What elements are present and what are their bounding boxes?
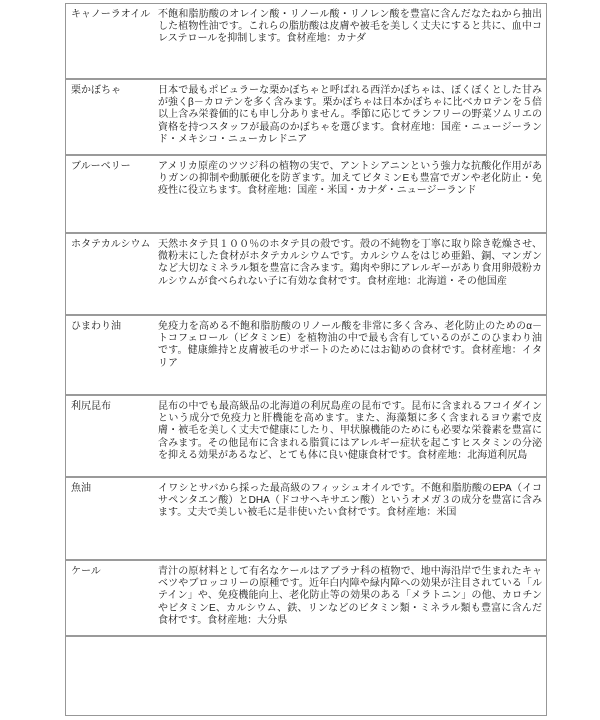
ingredient-name: 魚油 <box>66 478 158 559</box>
ingredient-name: ブルーベリー <box>66 156 158 232</box>
ingredient-description: 日本で最もポピュラーな栗かぼちゃと呼ばれる西洋かぼちゃは、ぼくぼくとした甘みが強… <box>158 80 546 154</box>
table-row: ケール 青汁の原材料として有名なケールはアブラナ科の植物で、地中海沿岸で生まれた… <box>66 559 546 635</box>
ingredient-name: ひまわり油 <box>66 316 158 394</box>
ingredient-description: イワシとサバから採った最高級のフィッシュオイルです。不飽和脂肪酸のEPA（イコサ… <box>158 478 546 559</box>
ingredients-table: キャノーラオイル 不飽和脂肪酸のオレイン酸・リノール酸・リノレン酸を豊富に含んだ… <box>65 3 547 716</box>
ingredient-description <box>158 637 546 715</box>
ingredient-description: 不飽和脂肪酸のオレイン酸・リノール酸・リノレン酸を豊富に含んだなたねから抽出した… <box>158 4 546 78</box>
ingredient-name: ケール <box>66 561 158 635</box>
ingredient-name: キャノーラオイル <box>66 4 158 78</box>
ingredient-description: 昆布の中でも最高級品の北海道の利尻島産の昆布です。昆布に含まれるフコイダインとい… <box>158 396 546 476</box>
ingredient-name: 利尻昆布 <box>66 396 158 476</box>
table-row: ブルーベリー アメリカ原産のツツジ科の植物の実で、アントシアニンという強力な抗酸… <box>66 154 546 232</box>
ingredient-description: 免疫力を高める不飽和脂肪酸のリノール酸を非常に多く含み、老化防止のためのα－トコ… <box>158 316 546 394</box>
table-row: 魚油 イワシとサバから採った最高級のフィッシュオイルです。不飽和脂肪酸のEPA（… <box>66 476 546 559</box>
ingredient-description: 青汁の原材料として有名なケールはアブラナ科の植物で、地中海沿岸で生まれたキャベツ… <box>158 561 546 635</box>
ingredient-description: 天然ホタテ貝１００％のホタテ貝の殻です。殻の不純物を丁寧に取り除き乾燥させ、微粉… <box>158 234 546 314</box>
table-row: ホタテカルシウム 天然ホタテ貝１００％のホタテ貝の殻です。殻の不純物を丁寧に取り… <box>66 232 546 314</box>
ingredient-name <box>66 637 158 715</box>
table-row: 栗かぼちゃ 日本で最もポピュラーな栗かぼちゃと呼ばれる西洋かぼちゃは、ぼくぼくと… <box>66 78 546 154</box>
ingredient-name: 栗かぼちゃ <box>66 80 158 154</box>
table-row: ひまわり油 免疫力を高める不飽和脂肪酸のリノール酸を非常に多く含み、老化防止のた… <box>66 314 546 394</box>
table-row-empty <box>66 635 546 715</box>
table-row: 利尻昆布 昆布の中でも最高級品の北海道の利尻島産の昆布です。昆布に含まれるフコイ… <box>66 394 546 476</box>
ingredient-name: ホタテカルシウム <box>66 234 158 314</box>
table-row: キャノーラオイル 不飽和脂肪酸のオレイン酸・リノール酸・リノレン酸を豊富に含んだ… <box>66 4 546 78</box>
ingredient-description: アメリカ原産のツツジ科の植物の実で、アントシアニンという強力な抗酸化作用がありガ… <box>158 156 546 232</box>
